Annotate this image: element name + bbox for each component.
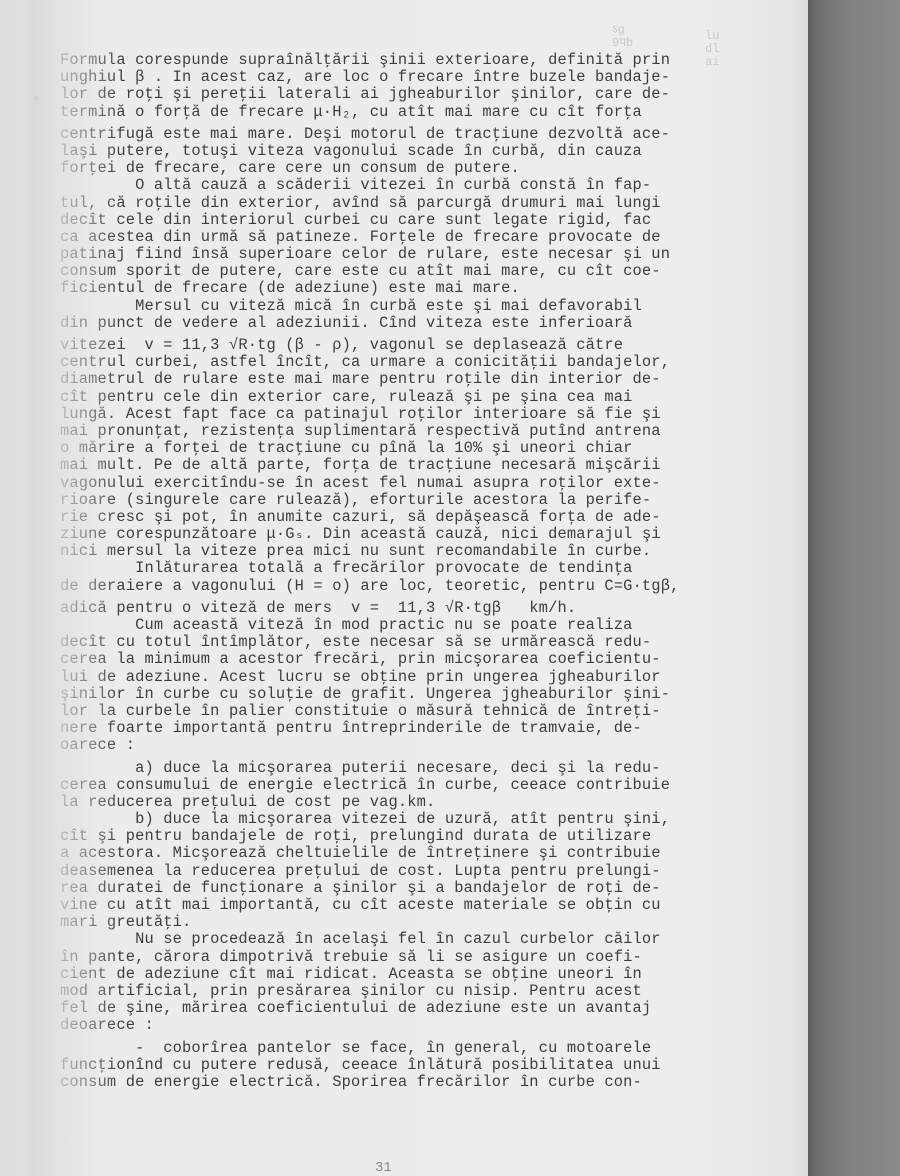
text-line: cerea la minimum a acestor frecări, prin… bbox=[60, 651, 770, 668]
text-line: diametrul de rulare este mai mare pentru… bbox=[60, 371, 770, 388]
text-line: mod artificial, prin presărarea şinilor … bbox=[60, 983, 770, 1000]
scanned-page: ऽg9पb ludlai * Formula corespunde supraî… bbox=[0, 0, 900, 1176]
bleed-through-mark: ऽg9पb bbox=[612, 24, 633, 50]
text-line: a acestora. Micşorează cheltuielile de î… bbox=[60, 845, 770, 862]
text-line: rea duratei de funcţionare a şinilor şi … bbox=[60, 880, 770, 897]
text-line: de deraiere a vagonului (H = o) are loc,… bbox=[60, 578, 770, 595]
text-line: termină o forţă de frecare μ·H₂, cu atît… bbox=[60, 104, 770, 121]
text-line: cît şi pentru bandajele de roţi, prelung… bbox=[60, 828, 770, 845]
page-number: 31 bbox=[375, 1160, 392, 1176]
scanner-edge-shadow bbox=[808, 0, 900, 1176]
formula-line: vitezei v = 11,3 √R·tg (β - ρ), vagonul … bbox=[60, 337, 770, 354]
margin-asterisk-mark: * bbox=[33, 93, 39, 107]
text-line: lungă. Acest fapt face ca patinajul roţi… bbox=[60, 406, 770, 423]
paragraph-start-line: Cum această viteză în mod practic nu se … bbox=[60, 617, 770, 634]
text-line: consum sporit de putere, care este cu at… bbox=[60, 263, 770, 280]
text-line: rioare (singurele care rulează), efortur… bbox=[60, 492, 770, 509]
text-line: ca acestea din urmă să patineze. Forţele… bbox=[60, 229, 770, 246]
text-line: lor la curbele în palier constituie o mă… bbox=[60, 703, 770, 720]
text-line: lor de roţi şi pereţii laterali ai jghea… bbox=[60, 86, 770, 103]
typewritten-body: Formula corespunde supraînălţării şinii … bbox=[60, 52, 770, 1091]
paper-sheet: ऽg9पb ludlai * Formula corespunde supraî… bbox=[0, 0, 808, 1176]
text-line: decît cele din interiorul curbei cu care… bbox=[60, 212, 770, 229]
text-line: vine cu atît mai importantă, cu cît aces… bbox=[60, 897, 770, 914]
text-line: şinilor în curbe cu soluţie de grafit. U… bbox=[60, 686, 770, 703]
text-line: la reducerea preţului de cost pe vag.km. bbox=[60, 794, 770, 811]
text-line: deasemenea la reducerea preţului de cost… bbox=[60, 863, 770, 880]
paragraph-start-line: Nu se procedează în acelaşi fel în cazul… bbox=[60, 931, 770, 948]
text-line: fel de şine, mărirea coeficientului de a… bbox=[60, 1000, 770, 1017]
text-line: mai mult. Pe de altă parte, forţa de tra… bbox=[60, 457, 770, 474]
text-line: cient de adeziune cît mai ridicat. Aceas… bbox=[60, 966, 770, 983]
text-line: mari greutăţi. bbox=[60, 914, 770, 931]
paragraph-start-line: Inlăturarea totală a frecărilor provocat… bbox=[60, 560, 770, 577]
text-line: funcţionînd cu putere redusă, ceeace înl… bbox=[60, 1057, 770, 1074]
text-line: ziune corespunzătoare μ·Gₛ. Din această … bbox=[60, 526, 770, 543]
text-line: lui de adeziune. Acest lucru se obţine p… bbox=[60, 669, 770, 686]
text-line: tul, că roţile din exterior, avînd să pa… bbox=[60, 195, 770, 212]
text-line: cerea consumului de energie electrică în… bbox=[60, 777, 770, 794]
text-line: ficientul de frecare (de adeziune) este … bbox=[60, 280, 770, 297]
text-line: Formula corespunde supraînălţării şinii … bbox=[60, 52, 770, 69]
text-line: deoarece : bbox=[60, 1017, 770, 1034]
text-line: vagonului exercitîndu-se în acest fel nu… bbox=[60, 475, 770, 492]
paragraph-start-line: Mersul cu viteză mică în curbă este şi m… bbox=[60, 298, 770, 315]
text-line: laşi putere, totuşi viteza vagonului sca… bbox=[60, 143, 770, 160]
text-line: patinaj fiind însă superioare celor de r… bbox=[60, 246, 770, 263]
text-line: cît pentru cele din exterior care, rulea… bbox=[60, 389, 770, 406]
list-item-a: a) duce la micşorarea puterii necesare, … bbox=[60, 760, 770, 777]
text-line: rie cresc şi pot, în anumite cazuri, să … bbox=[60, 509, 770, 526]
text-line: nere foarte importantă pentru întreprind… bbox=[60, 720, 770, 737]
text-line: centrifugă este mai mare. Deşi motorul d… bbox=[60, 126, 770, 143]
text-line: centrul curbei, astfel încît, ca urmare … bbox=[60, 354, 770, 371]
text-line: din punct de vedere al adeziunii. Cînd v… bbox=[60, 315, 770, 332]
paragraph-start-line: O altă cauză a scăderii vitezei în curbă… bbox=[60, 177, 770, 194]
text-line: oarece : bbox=[60, 737, 770, 754]
text-line: consum de energie electrică. Sporirea fr… bbox=[60, 1074, 770, 1091]
list-item-dash: - coborîrea pantelor se face, în general… bbox=[60, 1040, 770, 1057]
text-line: decît cu totul întîmplător, este necesar… bbox=[60, 634, 770, 651]
text-line: o mărire a forţei de tracţiune cu pînă l… bbox=[60, 440, 770, 457]
text-line: unghiul β . In acest caz, are loc o frec… bbox=[60, 69, 770, 86]
text-line: nici mersul la viteze prea mici nu sunt … bbox=[60, 543, 770, 560]
text-line: forţei de frecare, care cere un consum d… bbox=[60, 160, 770, 177]
text-line: mai pronunţat, rezistenţa suplimentară r… bbox=[60, 423, 770, 440]
list-item-b: b) duce la micşorarea vitezei de uzură, … bbox=[60, 811, 770, 828]
text-line: în pante, cărora dimpotrivă trebuie să l… bbox=[60, 949, 770, 966]
formula-line: adică pentru o viteză de mers v = 11,3 √… bbox=[60, 600, 770, 617]
